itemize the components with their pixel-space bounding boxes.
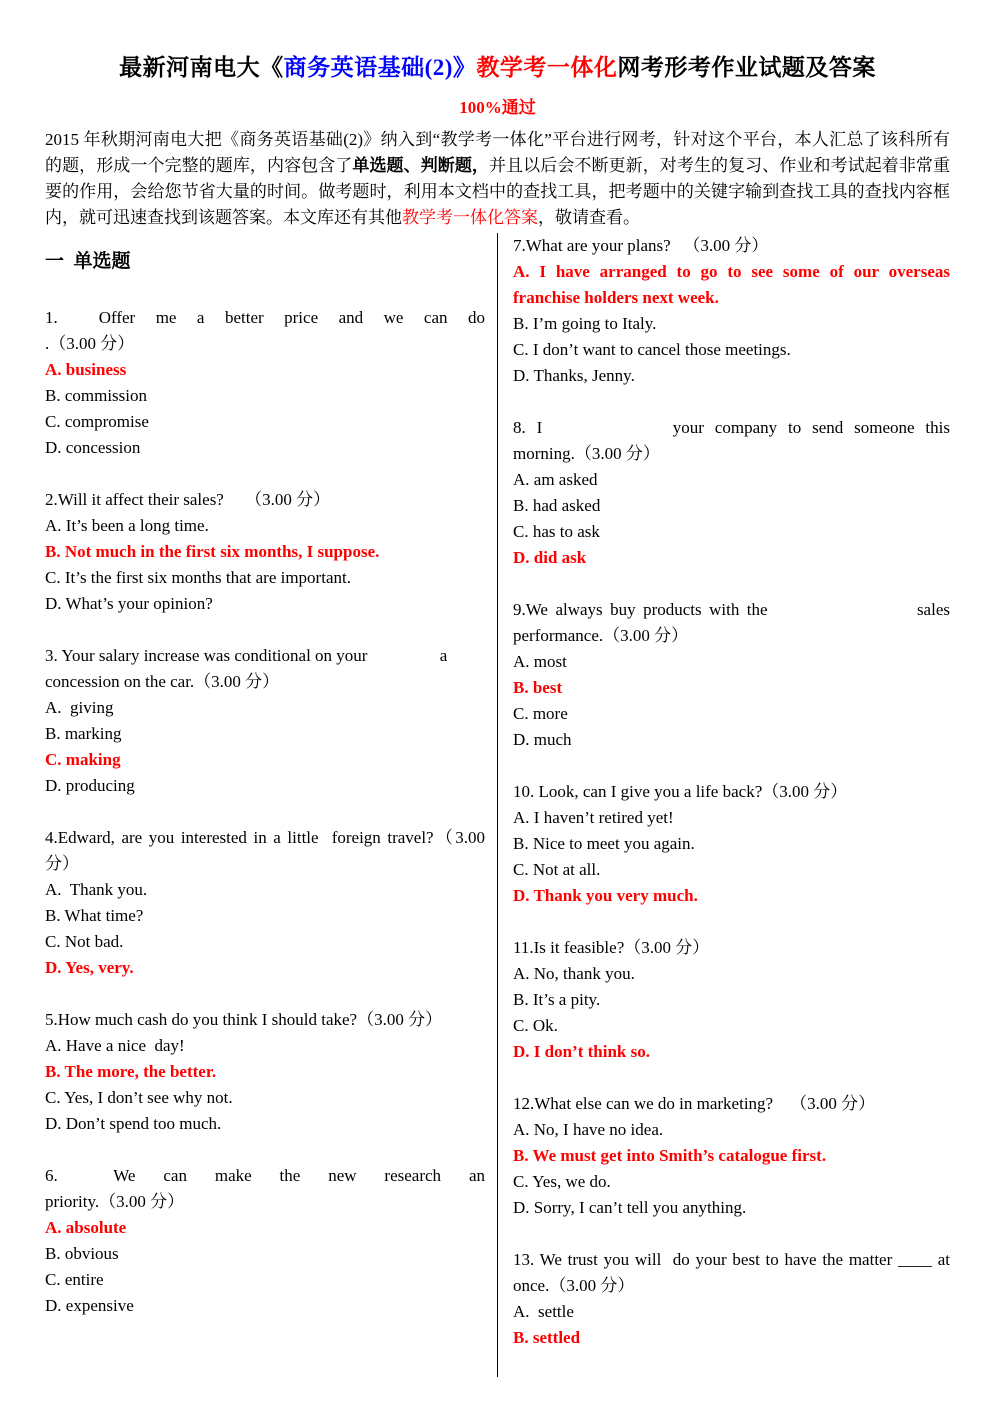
option: A. am asked (513, 467, 950, 493)
option: B. It’s a pity. (513, 987, 950, 1013)
question-text-line: once.（3.00 分） (513, 1273, 950, 1299)
question-block: 2.Will it affect their sales? （3.00 分）A.… (45, 487, 485, 617)
option-text-line: A. Have a nice day! (45, 1033, 485, 1059)
option: C. Yes, I don’t see why not. (45, 1085, 485, 1111)
option: D. What’s your opinion? (45, 591, 485, 617)
left-question-list: 1. Offer me a better price and we can do… (45, 305, 485, 1319)
question-text-line: 7.What are your plans? （3.00 分） (513, 233, 950, 259)
option-text-line: D. Sorry, I can’t tell you anything. (513, 1195, 950, 1221)
option-text-line: B. had asked (513, 493, 950, 519)
option-text-line: B. We must get into Smith’s catalogue fi… (513, 1143, 950, 1169)
option-text-line: C. more (513, 701, 950, 727)
option-text-line: A. No, thank you. (513, 961, 950, 987)
option: B. I’m going to Italy. (513, 311, 950, 337)
option: C. more (513, 701, 950, 727)
question-text-line: morning.（3.00 分） (513, 441, 950, 467)
option-text-line: A. I have arranged to go to see some of … (513, 259, 950, 285)
option-correct-answer: D. I don’t think so. (513, 1039, 950, 1065)
option-text-line: B. Not much in the first six months, I s… (45, 539, 485, 565)
option-correct-answer: B. The more, the better. (45, 1059, 485, 1085)
option: C. It’s the first six months that are im… (45, 565, 485, 591)
option-correct-answer: A. absolute (45, 1215, 485, 1241)
option: D. Don’t spend too much. (45, 1111, 485, 1137)
question-block: 3. Your salary increase was conditional … (45, 643, 485, 799)
option-text-line: C. Ok. (513, 1013, 950, 1039)
option-text-line: B. It’s a pity. (513, 987, 950, 1013)
option-correct-answer: A. business (45, 357, 485, 383)
question-columns: 一 单选题 1. Offer me a better price and we … (45, 233, 950, 1377)
question-block: 8. I your company to send someone thismo… (513, 415, 950, 571)
option: A. Have a nice day! (45, 1033, 485, 1059)
question-text-line: priority.（3.00 分） (45, 1189, 485, 1215)
option: C. Not at all. (513, 857, 950, 883)
option: C. has to ask (513, 519, 950, 545)
question-text-line: 分） (45, 851, 485, 877)
option-text-line: A. No, I have no idea. (513, 1117, 950, 1143)
option-text-line: C. I don’t want to cancel those meetings… (513, 337, 950, 363)
option: B. obvious (45, 1241, 485, 1267)
option: D. Sorry, I can’t tell you anything. (513, 1195, 950, 1221)
option: B. had asked (513, 493, 950, 519)
option: B. marking (45, 721, 485, 747)
option-text-line: A. business (45, 357, 485, 383)
text-segment: 教学考一体化答案 (402, 208, 538, 227)
option: C. compromise (45, 409, 485, 435)
option: D. expensive (45, 1293, 485, 1319)
option-text-line: D. Yes, very. (45, 955, 485, 981)
option-correct-answer: D. Thank you very much. (513, 883, 950, 909)
text-segment: 网考形考作业试题及答案 (617, 55, 876, 80)
option-text-line: B. Nice to meet you again. (513, 831, 950, 857)
option-text-line: B. marking (45, 721, 485, 747)
option-correct-answer: B. Not much in the first six months, I s… (45, 539, 485, 565)
option: B. commission (45, 383, 485, 409)
option-text-line: B. settled (513, 1325, 950, 1351)
option-text-line: C. making (45, 747, 485, 773)
question-text-line: 5.How much cash do you think I should ta… (45, 1007, 485, 1033)
option: B. Nice to meet you again. (513, 831, 950, 857)
option-text-line: D. I don’t think so. (513, 1039, 950, 1065)
option-text-line: C. It’s the first six months that are im… (45, 565, 485, 591)
option: A. most (513, 649, 950, 675)
intro-paragraph: 2015 年秋期河南电大把《商务英语基础(2)》纳入到“教学考一体化”平台进行网… (45, 127, 950, 231)
option-text-line: A. most (513, 649, 950, 675)
option-correct-answer: C. making (45, 747, 485, 773)
text-segment: ，敬请查看。 (538, 208, 640, 227)
exam-document-page: 最新河南电大《商务英语基础(2)》教学考一体化网考形考作业试题及答案 100%通… (0, 0, 993, 1407)
question-text-line: 3. Your salary increase was conditional … (45, 643, 485, 669)
option: C. Not bad. (45, 929, 485, 955)
question-block: 11.Is it feasible?（3.00 分）A. No, thank y… (513, 935, 950, 1065)
option: D. much (513, 727, 950, 753)
option-text-line: C. entire (45, 1267, 485, 1293)
question-block: 5.How much cash do you think I should ta… (45, 1007, 485, 1137)
option-text-line: D. much (513, 727, 950, 753)
option-correct-answer: B. settled (513, 1325, 950, 1351)
option-text-line: B. obvious (45, 1241, 485, 1267)
question-text-line: .（3.00 分） (45, 331, 485, 357)
question-block: 1. Offer me a better price and we can do… (45, 305, 485, 461)
question-text-line: 11.Is it feasible?（3.00 分） (513, 935, 950, 961)
text-segment: 最新河南电大《 (119, 55, 284, 80)
option-text-line: A. Thank you. (45, 877, 485, 903)
question-text-line: 8. I your company to send someone this (513, 415, 950, 441)
question-block: 13. We trust you will do your best to ha… (513, 1247, 950, 1351)
option-text-line: A. am asked (513, 467, 950, 493)
right-column: 7.What are your plans? （3.00 分）A. I have… (498, 233, 950, 1377)
option-text-line: D. did ask (513, 545, 950, 571)
option: A. No, I have no idea. (513, 1117, 950, 1143)
question-block: 12.What else can we do in marketing? （3.… (513, 1091, 950, 1221)
left-column: 一 单选题 1. Offer me a better price and we … (45, 233, 498, 1377)
option: C. Ok. (513, 1013, 950, 1039)
option-text-line: B. I’m going to Italy. (513, 311, 950, 337)
option: C. I don’t want to cancel those meetings… (513, 337, 950, 363)
question-text-line: 10. Look, can I give you a life back?（3.… (513, 779, 950, 805)
option-text-line: C. Not bad. (45, 929, 485, 955)
option: C. Yes, we do. (513, 1169, 950, 1195)
option-correct-answer: D. Yes, very. (45, 955, 485, 981)
pass-rate-note: 100%通过 (45, 97, 950, 119)
option-text-line: D. concession (45, 435, 485, 461)
option: A. settle (513, 1299, 950, 1325)
option-text-line: B. commission (45, 383, 485, 409)
question-block: 9.We always buy products with the salesp… (513, 597, 950, 753)
text-segment: 单选题、判断题， (352, 156, 489, 175)
question-text-line: 4.Edward, are you interested in a little… (45, 825, 485, 851)
question-text-line: performance.（3.00 分） (513, 623, 950, 649)
text-segment: 教学考一体化 (476, 55, 617, 80)
option-correct-answer: B. best (513, 675, 950, 701)
question-text-line: 2.Will it affect their sales? （3.00 分） (45, 487, 485, 513)
option-correct-answer: B. We must get into Smith’s catalogue fi… (513, 1143, 950, 1169)
option: C. entire (45, 1267, 485, 1293)
option-text-line: B. best (513, 675, 950, 701)
option-text-line: D. Thank you very much. (513, 883, 950, 909)
option-text-line: D. producing (45, 773, 485, 799)
option-text-line: A. settle (513, 1299, 950, 1325)
option-text-line: D. Thanks, Jenny. (513, 363, 950, 389)
question-block: 6. We can make the new research anpriori… (45, 1163, 485, 1319)
option-text-line: franchise holders next week. (513, 285, 950, 311)
right-question-list: 7.What are your plans? （3.00 分）A. I have… (513, 233, 950, 1351)
option-text-line: A. It’s been a long time. (45, 513, 485, 539)
option: D. Thanks, Jenny. (513, 363, 950, 389)
question-text-line: concession on the car.（3.00 分） (45, 669, 485, 695)
question-text-line: 13. We trust you will do your best to ha… (513, 1247, 950, 1273)
option: A. I haven’t retired yet! (513, 805, 950, 831)
option-text-line: D. Don’t spend too much. (45, 1111, 485, 1137)
option-text-line: A. absolute (45, 1215, 485, 1241)
text-segment: 商务英语基础(2)》 (284, 55, 477, 80)
option-text-line: C. Yes, we do. (513, 1169, 950, 1195)
question-text-line: 12.What else can we do in marketing? （3.… (513, 1091, 950, 1117)
option-correct-answer: D. did ask (513, 545, 950, 571)
option: D. producing (45, 773, 485, 799)
option-text-line: C. Not at all. (513, 857, 950, 883)
option-text-line: B. What time? (45, 903, 485, 929)
option: A. giving (45, 695, 485, 721)
option: A. It’s been a long time. (45, 513, 485, 539)
option-text-line: A. giving (45, 695, 485, 721)
option-text-line: C. has to ask (513, 519, 950, 545)
question-text-line: 6. We can make the new research an (45, 1163, 485, 1189)
option-text-line: D. What’s your opinion? (45, 591, 485, 617)
option-text-line: D. expensive (45, 1293, 485, 1319)
section-heading: 一 单选题 (45, 247, 485, 277)
option-text-line: A. I haven’t retired yet! (513, 805, 950, 831)
option: A. Thank you. (45, 877, 485, 903)
option-text-line: C. Yes, I don’t see why not. (45, 1085, 485, 1111)
question-block: 4.Edward, are you interested in a little… (45, 825, 485, 981)
page-title: 最新河南电大《商务英语基础(2)》教学考一体化网考形考作业试题及答案 (45, 52, 950, 84)
option-text-line: B. The more, the better. (45, 1059, 485, 1085)
question-block: 7.What are your plans? （3.00 分）A. I have… (513, 233, 950, 389)
question-block: 10. Look, can I give you a life back?（3.… (513, 779, 950, 909)
option: D. concession (45, 435, 485, 461)
question-text-line: 9.We always buy products with the sales (513, 597, 950, 623)
option-text-line: C. compromise (45, 409, 485, 435)
option: B. What time? (45, 903, 485, 929)
question-text-line: 1. Offer me a better price and we can do (45, 305, 485, 331)
option-correct-answer: A. I have arranged to go to see some of … (513, 259, 950, 311)
option: A. No, thank you. (513, 961, 950, 987)
